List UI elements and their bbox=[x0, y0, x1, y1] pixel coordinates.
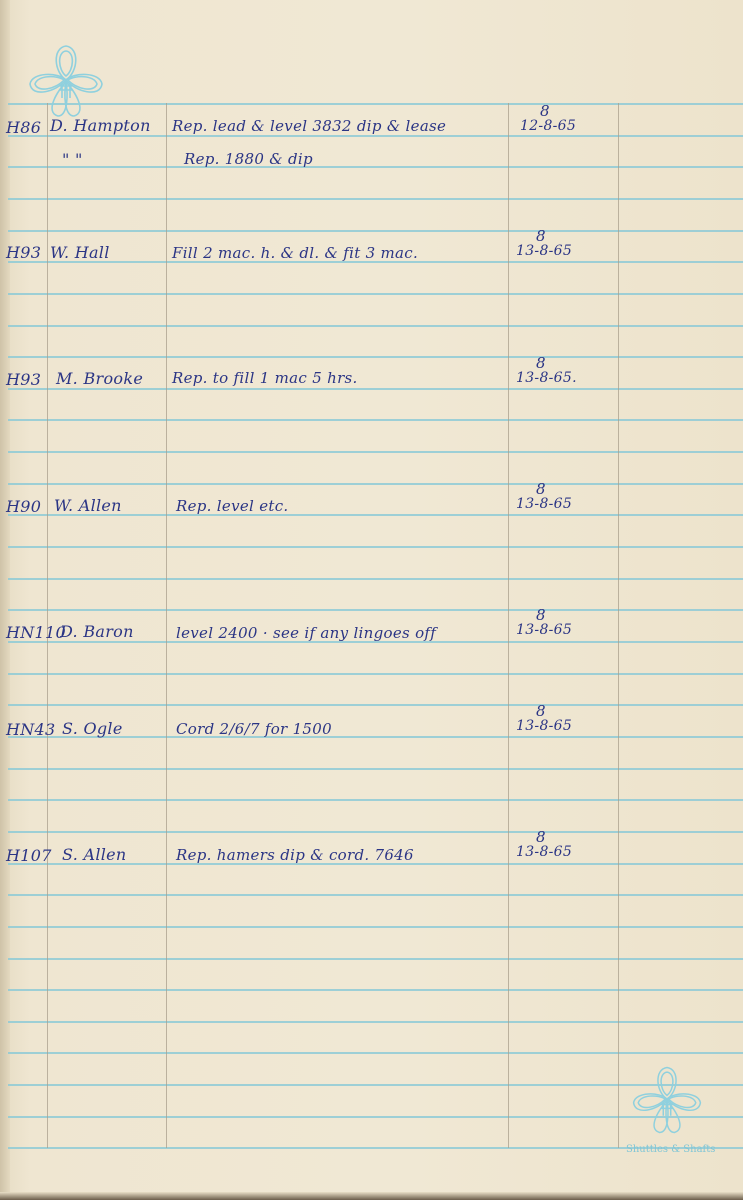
entry-date-month: 8 bbox=[536, 608, 572, 622]
entry-date-value: 13-8-65 bbox=[516, 496, 572, 512]
entry-ref: H93 bbox=[6, 243, 41, 262]
knot-emblem-icon bbox=[24, 42, 108, 120]
column-divider-date bbox=[618, 103, 619, 1148]
watermark-logo-bottom bbox=[628, 1062, 706, 1138]
ruled-line bbox=[8, 135, 743, 137]
entry-date: 8 13-8-65. bbox=[516, 356, 577, 386]
entry-date-value: 13-8-65 bbox=[516, 243, 572, 259]
ruled-line bbox=[8, 198, 743, 200]
entry-date-value: 13-8-65 bbox=[516, 622, 572, 638]
knot-emblem-icon bbox=[628, 1062, 706, 1138]
watermark-brand-text: Shuttles & Shafts bbox=[626, 1144, 715, 1155]
entry-name: M. Brooke bbox=[56, 369, 143, 388]
entry-date: 8 13-8-65 bbox=[516, 830, 572, 860]
ruled-line bbox=[8, 103, 743, 105]
ruled-line bbox=[8, 1052, 743, 1054]
entry-description: Rep. level etc. bbox=[176, 497, 288, 515]
entry-date-month: 8 bbox=[536, 356, 577, 370]
entry-name: D. Hampton bbox=[50, 116, 151, 135]
entry-description: Cord 2/6/7 for 1500 bbox=[176, 720, 332, 738]
entry-name-ditto: " " bbox=[62, 150, 83, 169]
entry-name: W. Hall bbox=[50, 243, 110, 262]
entry-description: level 2400 · see if any lingoes off bbox=[176, 624, 436, 642]
ruled-line bbox=[8, 578, 743, 580]
ruled-line bbox=[8, 166, 743, 168]
entry-date-month: 8 bbox=[536, 704, 572, 718]
entry-date-month: 8 bbox=[536, 229, 572, 243]
entry-date-value: 13-8-65 bbox=[516, 844, 572, 860]
ruled-line bbox=[8, 546, 743, 548]
ruled-line bbox=[8, 926, 743, 928]
entry-ref: H107 bbox=[6, 846, 52, 865]
entry-date: 8 13-8-65 bbox=[516, 482, 572, 512]
ruled-line bbox=[8, 451, 743, 453]
ruled-line bbox=[8, 831, 743, 833]
entry-date: 8 13-8-65 bbox=[516, 608, 572, 638]
ruled-line bbox=[8, 989, 743, 991]
watermark-logo-top bbox=[24, 42, 108, 120]
entry-name: S. Ogle bbox=[62, 719, 123, 738]
ruled-line bbox=[8, 958, 743, 960]
entry-ref: H86 bbox=[6, 118, 41, 137]
ruled-line bbox=[8, 768, 743, 770]
entry-date: 8 13-8-65 bbox=[516, 704, 572, 734]
ruled-line bbox=[8, 483, 743, 485]
entry-ref: H93 bbox=[6, 370, 41, 389]
entry-name: S. Allen bbox=[62, 845, 127, 864]
ruled-line bbox=[8, 704, 743, 706]
ruled-line bbox=[8, 799, 743, 801]
column-divider-name bbox=[166, 103, 167, 1148]
entry-date-value: 12-8-65 bbox=[520, 118, 576, 134]
entry-ref: H90 bbox=[6, 497, 41, 516]
entry-date-month: 8 bbox=[540, 104, 576, 118]
entry-name: W. Allen bbox=[54, 496, 122, 515]
ledger-page: ​ bbox=[0, 0, 743, 1200]
entry-date-value: 13-8-65. bbox=[516, 370, 577, 386]
entry-description: Rep. to fill 1 mac 5 hrs. bbox=[172, 369, 358, 387]
entry-description-continuation: Rep. 1880 & dip bbox=[184, 150, 313, 168]
ruled-line bbox=[8, 356, 743, 358]
entry-date-month: 8 bbox=[536, 482, 572, 496]
entry-date: 8 12-8-65 bbox=[520, 104, 576, 134]
ruled-line bbox=[8, 419, 743, 421]
ruled-line bbox=[8, 230, 743, 232]
entry-date-value: 13-8-65 bbox=[516, 718, 572, 734]
ruled-line bbox=[8, 293, 743, 295]
column-divider-description bbox=[508, 103, 509, 1148]
entry-date: 8 13-8-65 bbox=[516, 229, 572, 259]
entry-date-month: 8 bbox=[536, 830, 572, 844]
entry-ref: HN43 bbox=[6, 720, 56, 739]
ruled-line bbox=[8, 388, 743, 390]
ruled-line bbox=[8, 894, 743, 896]
ruled-line bbox=[8, 609, 743, 611]
ruled-line bbox=[8, 673, 743, 675]
ruled-line bbox=[8, 325, 743, 327]
entry-description: Rep. lead & level 3832 dip & lease bbox=[172, 117, 446, 135]
entry-description: Fill 2 mac. h. & dl. & fit 3 mac. bbox=[172, 244, 418, 262]
entry-description: Rep. hamers dip & cord. 7646 bbox=[176, 846, 414, 864]
entry-ref: HN110 bbox=[6, 623, 66, 642]
entry-name: D. Baron bbox=[60, 622, 134, 641]
ruled-line bbox=[8, 1021, 743, 1023]
